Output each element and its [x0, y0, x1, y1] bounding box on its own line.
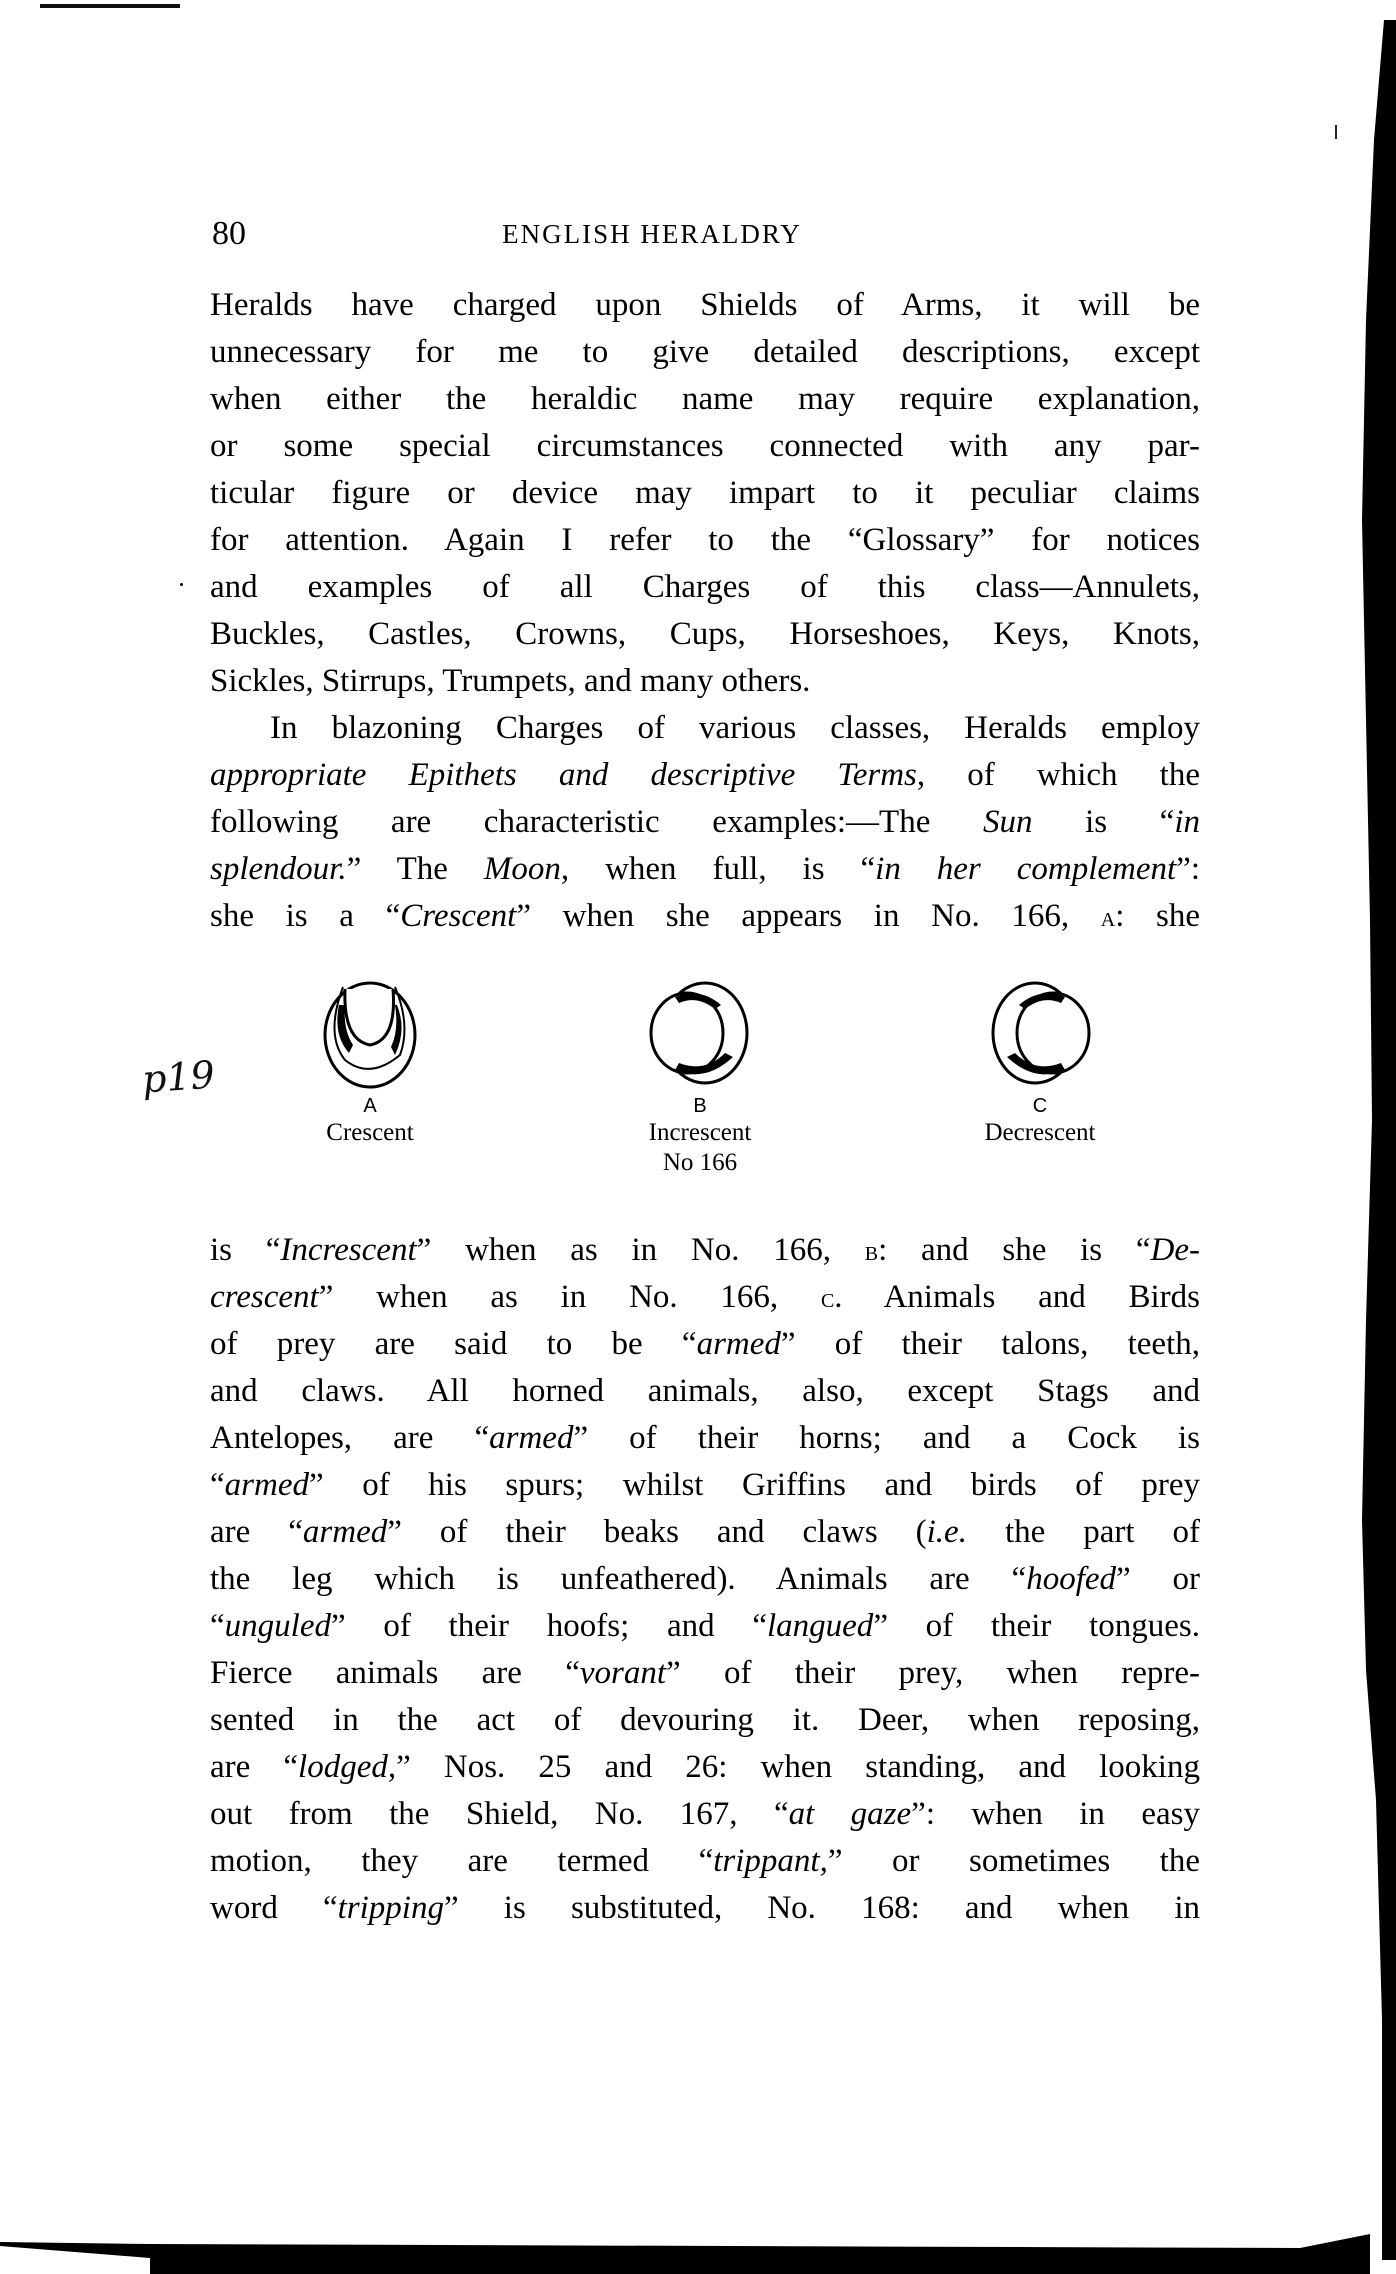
text-span: ” of his spurs; whilst Griffins and bird…: [309, 1467, 1200, 1503]
text-line: motion, they are termed “trippant,” or s…: [210, 1841, 1200, 1881]
text-span: ” when as in No. 166,: [319, 1279, 821, 1315]
text-span: ” of their tongues.: [873, 1608, 1200, 1644]
text-span: the leg which is unfeathered). Animals a…: [210, 1561, 1026, 1597]
text-span: Fierce animals are “: [210, 1655, 580, 1691]
italic-term: tripping: [338, 1890, 444, 1926]
text-span: the part of: [967, 1514, 1200, 1550]
text-line: Heralds have charged upon Shields of Arm…: [210, 285, 1200, 325]
text-line: appropriate Epithets and descriptive Ter…: [210, 755, 1200, 795]
figure-caption: Increscent: [610, 1118, 790, 1148]
scan-artifact-dot: [180, 583, 183, 586]
text-line: for attention. Again I refer to the “Glo…: [210, 520, 1200, 560]
text-line: she is a “Crescent” when she appears in …: [210, 896, 1200, 938]
italic-term: hoofed: [1026, 1561, 1116, 1597]
italic-term: crescent: [210, 1279, 319, 1315]
text-span: ” is substituted, No. 168: and when in: [444, 1890, 1200, 1926]
text-line: are “lodged,” Nos. 25 and 26: when stand…: [210, 1747, 1200, 1787]
italic-term: in her complement: [875, 851, 1176, 887]
italic-term: Sun: [983, 804, 1033, 840]
text-span: ” when she appears in No. 166,: [516, 898, 1100, 934]
italic-term: appropriate Epithets and descriptive Ter…: [210, 757, 917, 793]
text-span: is “: [1032, 804, 1174, 840]
text-line: Buckles, Castles, Crowns, Cups, Horsesho…: [210, 614, 1200, 654]
text-span: ”: when in easy: [911, 1796, 1200, 1832]
crescent-icon: [315, 975, 425, 1090]
scan-artifact-tick: [1335, 125, 1337, 139]
text-span: “: [210, 1608, 225, 1644]
figure-item-decrescent: C Decrescent: [940, 975, 1140, 1148]
text-span: : and she is “: [878, 1232, 1150, 1268]
figure-letter: C: [940, 1095, 1140, 1118]
figure-166: A Crescent B Increscent No 166 C Decresc…: [0, 975, 1396, 1215]
text-span: ” or: [1116, 1561, 1200, 1597]
text-line: crescent” when as in No. 166, c. Animals…: [210, 1277, 1200, 1319]
text-span: : she: [1115, 898, 1200, 934]
decrescent-icon: [985, 975, 1095, 1090]
text-line: and examples of all Charges of this clas…: [210, 567, 1200, 607]
italic-term: langued: [767, 1608, 873, 1644]
text-span: following are characteristic examples:—T…: [210, 804, 983, 840]
figure-item-increscent: B Increscent No 166: [610, 975, 790, 1178]
italic-term: armed: [697, 1326, 781, 1362]
text-line: ticular figure or device may impart to i…: [210, 473, 1200, 513]
text-span: ” Nos. 25 and 26: when standing, and loo…: [396, 1749, 1200, 1785]
italic-term: vorant: [580, 1655, 666, 1691]
text-span: ” of their horns; and a Cock is: [573, 1420, 1200, 1456]
text-span: are “: [210, 1514, 303, 1550]
page-header: 80 ENGLISH HERALDRY: [212, 215, 1192, 255]
figure-letter: B: [610, 1095, 790, 1118]
text-span: . Animals and Birds: [834, 1279, 1200, 1315]
italic-term: armed: [489, 1420, 573, 1456]
italic-term: armed: [225, 1467, 309, 1503]
text-span: she is a “: [210, 898, 400, 934]
text-span: motion, they are termed “: [210, 1843, 713, 1879]
increscent-icon: [645, 975, 755, 1090]
text-line: Antelopes, are “armed” of their horns; a…: [210, 1418, 1200, 1458]
italic-term: splendour.: [210, 851, 347, 887]
italic-term: lodged,: [298, 1749, 396, 1785]
text-span: ” of their prey, when repre-: [666, 1655, 1200, 1691]
text-line: Sickles, Stirrups, Trumpets, and many ot…: [210, 661, 1200, 701]
text-line: “unguled” of their hoofs; and “langued” …: [210, 1606, 1200, 1646]
figure-letter: A: [300, 1095, 440, 1118]
text-line: word “tripping” is substituted, No. 168:…: [210, 1888, 1200, 1928]
text-span: , when full, is “: [561, 851, 875, 887]
text-span: ” of their beaks and claws (: [387, 1514, 926, 1550]
italic-term: i.e.: [927, 1514, 967, 1550]
figure-caption: Decrescent: [940, 1118, 1140, 1148]
text-span: ”:: [1176, 851, 1200, 887]
page-edge-shadow-bottom: [0, 2234, 1396, 2274]
text-line: is “Increscent” when as in No. 166, b: a…: [210, 1230, 1200, 1272]
figure-ref: a: [1101, 902, 1115, 933]
text-line: the leg which is unfeathered). Animals a…: [210, 1559, 1200, 1599]
text-span: Antelopes, are “: [210, 1420, 489, 1456]
text-line: “armed” of his spurs; whilst Griffins an…: [210, 1465, 1200, 1505]
figure-number-caption: No 166: [610, 1148, 790, 1178]
text-span: ” The: [347, 851, 484, 887]
italic-term: unguled: [225, 1608, 331, 1644]
italic-term: at gaze: [789, 1796, 912, 1832]
text-span: ” of their talons, teeth,: [781, 1326, 1200, 1362]
text-line: sented in the act of devouring it. Deer,…: [210, 1700, 1200, 1740]
text-span: ” of their hoofs; and “: [331, 1608, 767, 1644]
text-line: or some special circumstances connected …: [210, 426, 1200, 466]
text-span: ” or sometimes the: [828, 1843, 1200, 1879]
italic-term: armed: [303, 1514, 387, 1550]
text-span: ” when as in No. 166,: [417, 1232, 865, 1268]
italic-term: De-: [1151, 1232, 1200, 1268]
text-line: following are characteristic examples:—T…: [210, 802, 1200, 842]
text-span: out from the Shield, No. 167, “: [210, 1796, 789, 1832]
text-span: is “: [210, 1232, 280, 1268]
text-line: and claws. All horned animals, also, exc…: [210, 1371, 1200, 1411]
text-line: unnecessary for me to give detailed desc…: [210, 332, 1200, 372]
text-line: when either the heraldic name may requir…: [210, 379, 1200, 419]
text-line: out from the Shield, No. 167, “at gaze”:…: [210, 1794, 1200, 1834]
scan-artifact-top: [40, 4, 180, 8]
italic-term: Increscent: [280, 1232, 416, 1268]
text-line: Fierce animals are “vorant” of their pre…: [210, 1653, 1200, 1693]
text-line: of prey are said to be “armed” of their …: [210, 1324, 1200, 1364]
italic-term: in: [1174, 804, 1200, 840]
figure-item-crescent: A Crescent: [300, 975, 440, 1148]
text-line: splendour.” The Moon, when full, is “in …: [210, 849, 1200, 889]
text-span: “: [210, 1467, 225, 1503]
text-line: are “armed” of their beaks and claws (i.…: [210, 1512, 1200, 1552]
text-span: word “: [210, 1890, 338, 1926]
text-span: , of which the: [917, 757, 1200, 793]
text-span: of prey are said to be “: [210, 1326, 697, 1362]
text-line: In blazoning Charges of various classes,…: [270, 708, 1200, 748]
italic-term: trippant,: [713, 1843, 828, 1879]
figure-caption: Crescent: [300, 1118, 440, 1148]
running-head: ENGLISH HERALDRY: [212, 219, 1092, 250]
figure-ref: b: [865, 1236, 878, 1267]
figure-ref: c: [821, 1283, 834, 1314]
italic-term: Crescent: [400, 898, 516, 934]
italic-term: Moon: [484, 851, 561, 887]
text-span: are “: [210, 1749, 298, 1785]
